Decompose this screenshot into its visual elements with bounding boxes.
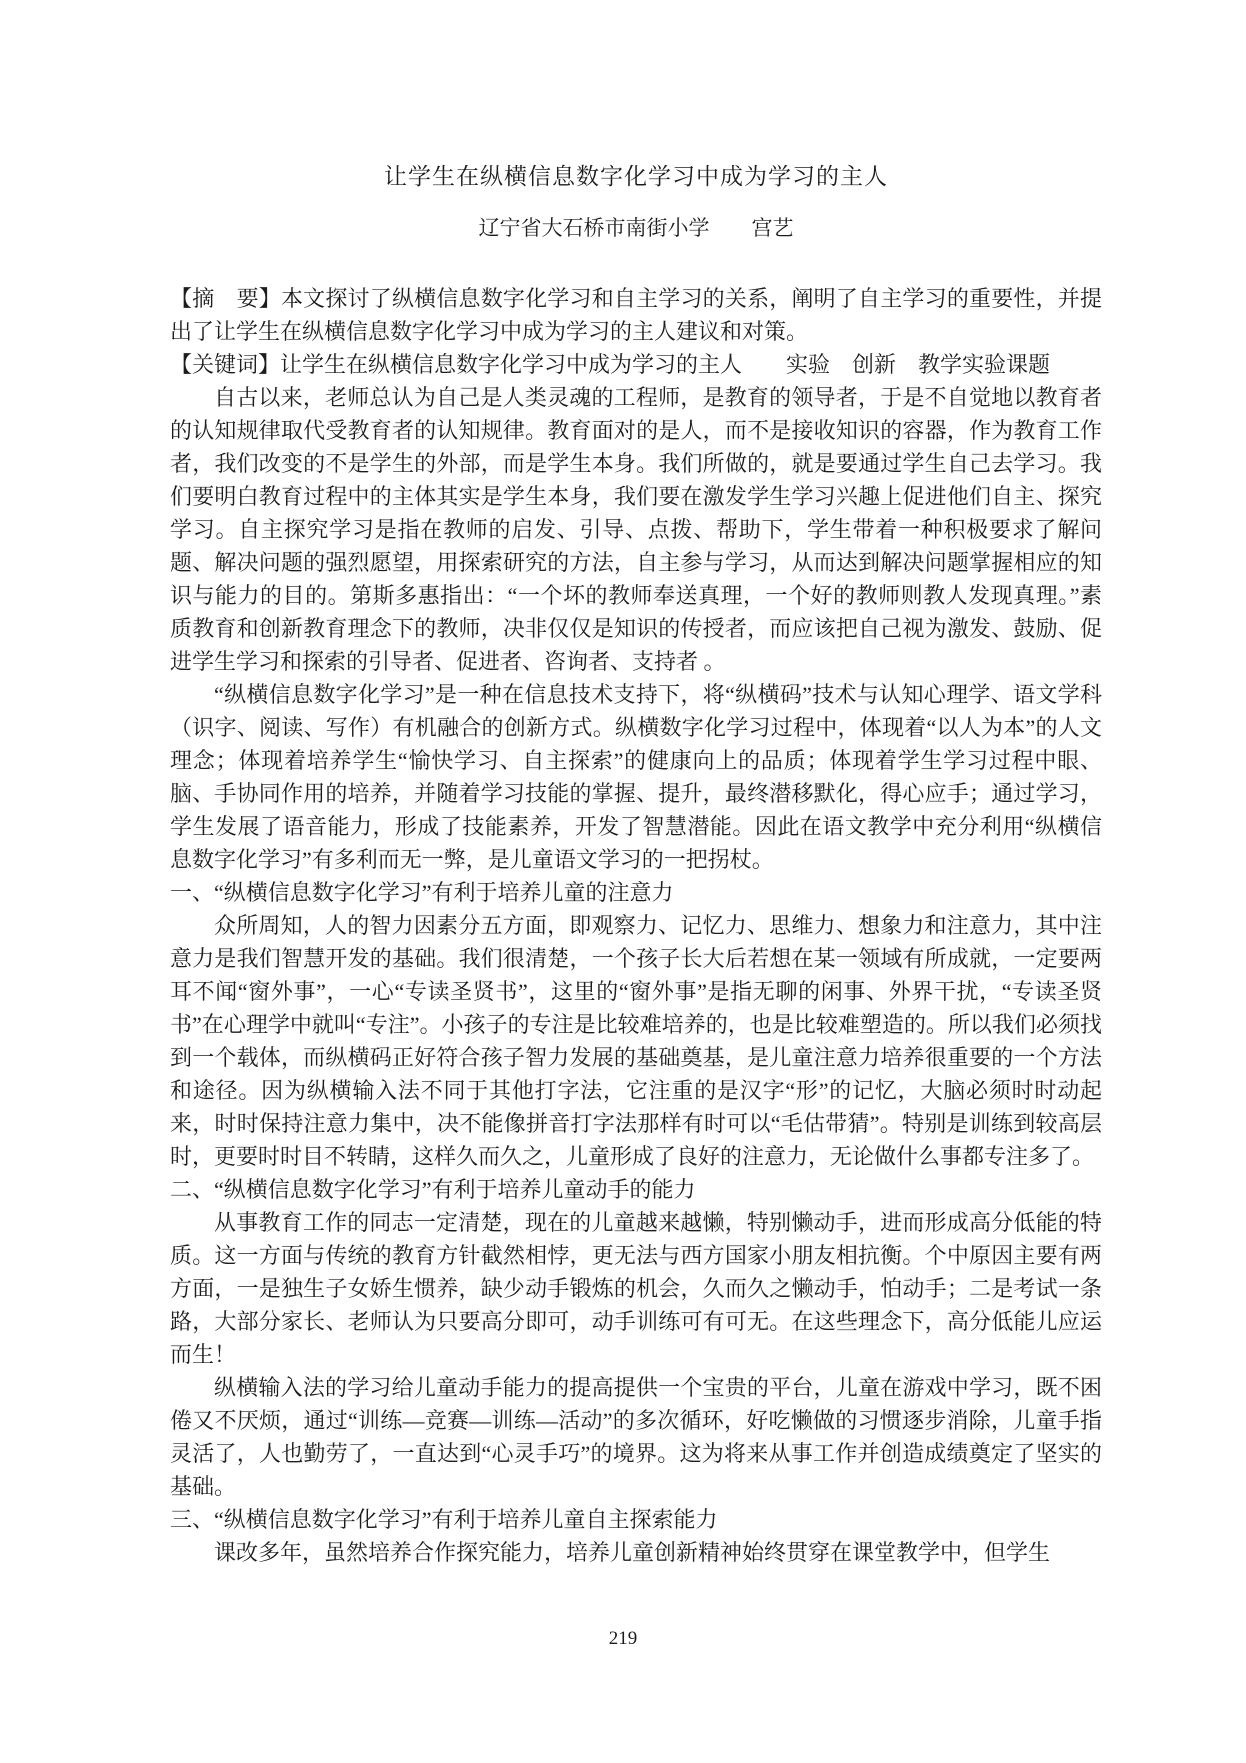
paper-title: 让学生在纵横信息数字化学习中成为学习的主人 — [170, 162, 1102, 192]
body-paragraph-intro: 自古以来，老师总认为自己是人类灵魂的工程师，是教育的领导者，于是不自觉地以教育者… — [170, 381, 1102, 678]
body-paragraph-exploration: 课改多年，虽然培养合作探究能力，培养儿童创新精神始终贯穿在课堂教学中，但学生 — [170, 1536, 1102, 1569]
body-paragraph-hands-on-problem: 从事教育工作的同志一定清楚，现在的儿童越来越懒，特别懒动手，进而形成高分低能的特… — [170, 1206, 1102, 1371]
document-body: 【摘 要】本文探讨了纵横信息数字化学习和自主学习的关系，阐明了自主学习的重要性，… — [170, 282, 1102, 1569]
keywords-paragraph: 【关键词】让学生在纵横信息数字化学习中成为学习的主人 实验 创新 教学实验课题 — [170, 348, 1102, 381]
body-paragraph-attention: 众所周知，人的智力因素分五方面，即观察力、记忆力、思维力、想象力和注意力，其中注… — [170, 909, 1102, 1173]
author-affiliation-line: 辽宁省大石桥市南街小学 宫艺 — [170, 214, 1102, 242]
body-paragraph-definition: “纵横信息数字化学习”是一种在信息技术支持下，将“纵横码”技术与认知心理学、语文… — [170, 678, 1102, 876]
document-page: 让学生在纵横信息数字化学习中成为学习的主人 辽宁省大石桥市南街小学 宫艺 【摘 … — [0, 0, 1246, 1763]
document-content: 让学生在纵横信息数字化学习中成为学习的主人 辽宁省大石桥市南街小学 宫艺 【摘 … — [170, 162, 1102, 1569]
abstract-paragraph: 【摘 要】本文探讨了纵横信息数字化学习和自主学习的关系，阐明了自主学习的重要性，… — [170, 282, 1102, 348]
section-heading-1: 一、“纵横信息数字化学习”有利于培养儿童的注意力 — [170, 876, 1102, 909]
body-paragraph-hands-on-benefit: 纵横输入法的学习给儿童动手能力的提高提供一个宝贵的平台，儿童在游戏中学习，既不困… — [170, 1371, 1102, 1503]
page-number: 219 — [0, 1628, 1246, 1650]
section-heading-2: 二、“纵横信息数字化学习”有利于培养儿童动手的能力 — [170, 1173, 1102, 1206]
section-heading-3: 三、“纵横信息数字化学习”有利于培养儿童自主探索能力 — [170, 1503, 1102, 1536]
